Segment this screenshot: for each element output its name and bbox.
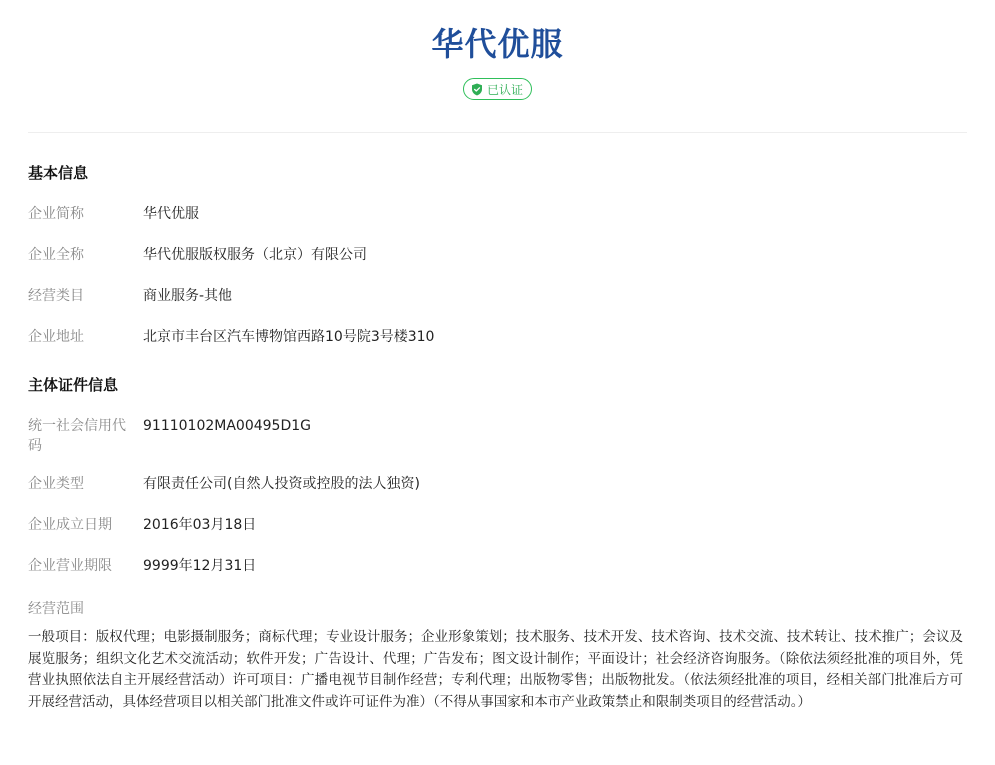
field-label: 企业营业期限 [28, 556, 143, 576]
section-title-license-info: 主体证件信息 [28, 375, 967, 395]
field-value: 华代优服版权服务（北京）有限公司 [143, 245, 367, 265]
field-label: 企业成立日期 [28, 515, 143, 535]
info-row-category: 经营类目 商业服务-其他 [28, 286, 967, 306]
field-label: 企业全称 [28, 245, 143, 265]
field-value: 2016年03月18日 [143, 515, 256, 535]
field-value: 有限责任公司(自然人投资或控股的法人独资) [143, 474, 420, 494]
info-row-credit-code: 统一社会信用代码 91110102MA00495D1G [28, 416, 967, 456]
info-row-full-name: 企业全称 华代优服版权服务（北京）有限公司 [28, 245, 967, 265]
field-label: 企业地址 [28, 327, 143, 347]
field-value: 商业服务-其他 [143, 286, 232, 306]
field-value: 91110102MA00495D1G [143, 416, 311, 456]
company-name-title: 华代优服 [0, 22, 995, 66]
field-value: 华代优服 [143, 204, 199, 224]
section-title-basic-info: 基本信息 [28, 163, 967, 183]
field-label: 统一社会信用代码 [28, 416, 136, 456]
business-scope-text: 一般项目：版权代理；电影摄制服务；商标代理；专业设计服务；企业形象策划；技术服务… [28, 627, 963, 713]
field-label: 企业简称 [28, 204, 143, 224]
business-scope-label: 经营范围 [28, 599, 967, 619]
info-row-established-date: 企业成立日期 2016年03月18日 [28, 515, 967, 535]
info-row-address: 企业地址 北京市丰台区汽车博物馆西路10号院3号楼310 [28, 327, 967, 347]
verified-badge: 已认证 [463, 78, 532, 100]
shield-check-icon [471, 83, 483, 96]
info-row-business-term: 企业营业期限 9999年12月31日 [28, 556, 967, 576]
header-divider [28, 132, 967, 133]
field-value: 9999年12月31日 [143, 556, 256, 576]
info-row-short-name: 企业简称 华代优服 [28, 204, 967, 224]
field-label: 企业类型 [28, 474, 143, 494]
verified-label: 已认证 [487, 81, 523, 98]
field-label: 经营类目 [28, 286, 143, 306]
info-row-company-type: 企业类型 有限责任公司(自然人投资或控股的法人独资) [28, 474, 967, 494]
company-details: 基本信息 企业简称 华代优服 企业全称 华代优服版权服务（北京）有限公司 经营类… [0, 163, 995, 713]
field-value: 北京市丰台区汽车博物馆西路10号院3号楼310 [143, 327, 434, 347]
company-header: 华代优服 已认证 [0, 0, 995, 100]
